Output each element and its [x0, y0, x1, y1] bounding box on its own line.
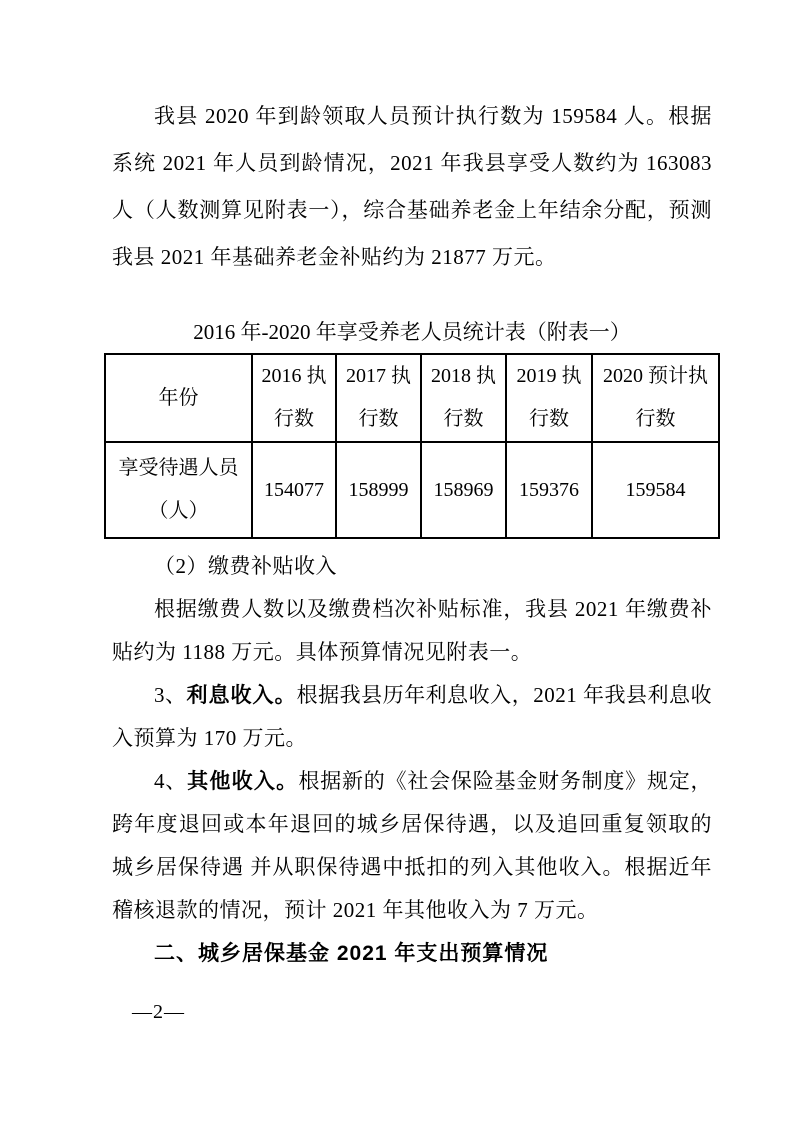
- item-4-number: 4、: [154, 769, 187, 793]
- paragraph-pension-forecast: 我县 2020 年到龄领取人员预计执行数为 159584 人。根据系统 2021…: [112, 93, 712, 281]
- table-header-cell-year: 年份: [105, 354, 252, 442]
- section-heading-expenditure: 二、城乡居保基金 2021 年支出预算情况: [112, 932, 712, 975]
- table-header-cell-2019: 2019 执行数: [506, 354, 592, 442]
- page-number: —2—: [132, 999, 712, 1025]
- item-4-label: 其他收入。: [187, 770, 298, 793]
- table-cell-2019-value: 159376: [506, 442, 592, 538]
- table-data-row: 享受待遇人员（人） 154077 158999 158969 159376 15…: [105, 442, 719, 538]
- paragraph-contribution-subsidy: 根据缴费人数以及缴费档次补贴标准，我县 2021 年缴费补贴约为 1188 万元…: [112, 588, 712, 674]
- paragraph-other-income: 4、其他收入。根据新的《社会保险基金财务制度》规定，跨年度退回或本年退回的城乡居…: [112, 760, 712, 932]
- pension-statistics-table: 年份 2016 执行数 2017 执行数 2018 执行数 2019 执行数 2…: [104, 353, 720, 539]
- table-header-row: 年份 2016 执行数 2017 执行数 2018 执行数 2019 执行数 2…: [105, 354, 719, 442]
- item-3-label: 利息收入。: [187, 684, 297, 707]
- table-cell-row-label: 享受待遇人员（人）: [105, 442, 252, 538]
- paragraph-interest-income: 3、利息收入。根据我县历年利息收入，2021 年我县利息收入预算为 170 万元…: [112, 674, 712, 760]
- sub-item-contribution-subsidy: （2）缴费补贴收入: [112, 545, 712, 588]
- item-3-number: 3、: [154, 683, 187, 707]
- table-header-cell-2020: 2020 预计执行数: [592, 354, 719, 442]
- document-content: 我县 2020 年到龄领取人员预计执行数为 159584 人。根据系统 2021…: [112, 93, 712, 1025]
- table-header-cell-2016: 2016 执行数: [252, 354, 336, 442]
- table-header-cell-2018: 2018 执行数: [421, 354, 506, 442]
- table-cell-2016-value: 154077: [252, 442, 336, 538]
- table-cell-2018-value: 158969: [421, 442, 506, 538]
- table-cell-2017-value: 158999: [336, 442, 421, 538]
- table-header-cell-2017: 2017 执行数: [336, 354, 421, 442]
- lower-text-block: （2）缴费补贴收入 根据缴费人数以及缴费档次补贴标准，我县 2021 年缴费补贴…: [112, 545, 712, 975]
- table-title: 2016 年-2020 年享受养老人员统计表（附表一）: [112, 319, 712, 345]
- table-cell-2020-value: 159584: [592, 442, 719, 538]
- document-page: 我县 2020 年到龄领取人员预计执行数为 159584 人。根据系统 2021…: [0, 0, 793, 1122]
